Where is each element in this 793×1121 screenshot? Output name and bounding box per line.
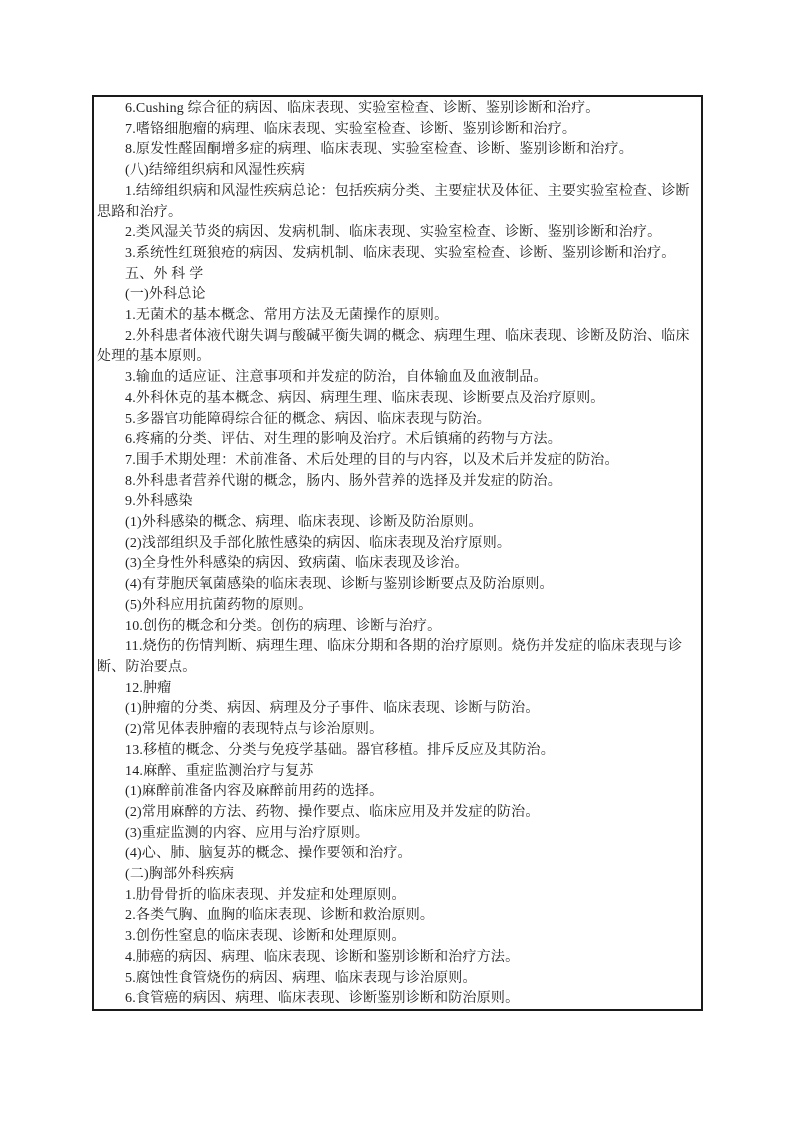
- syllabus-item: 3.创伤性窒息的临床表现、诊断和处理原则。: [97, 927, 697, 948]
- syllabus-item: 1.结缔组织病和风湿性疾病总论：包括疾病分类、主要症状及体征、主要实验室检查、诊…: [97, 182, 697, 223]
- syllabus-item: 12.肿瘤: [97, 679, 697, 700]
- syllabus-item: (1)麻醉前准备内容及麻醉前用药的选择。: [97, 782, 697, 803]
- syllabus-item: 8.外科患者营养代谢的概念，肠内、肠外营养的选择及并发症的防治。: [97, 472, 697, 493]
- syllabus-item: 4.外科休克的基本概念、病因、病理生理、临床表现、诊断要点及治疗原则。: [97, 389, 697, 410]
- syllabus-item: 5.腐蚀性食管烧伤的病因、病理、临床表现与诊治原则。: [97, 969, 697, 990]
- syllabus-item: 4.肺癌的病因、病理、临床表现、诊断和鉴别诊断和治疗方法。: [97, 948, 697, 969]
- section-heading-general-surgery: (一)外科总论: [97, 285, 697, 306]
- syllabus-item: 9.外科感染: [97, 492, 697, 513]
- syllabus-item: 6.Cushing 综合征的病因、临床表现、实验室检查、诊断、鉴别诊断和治疗。: [97, 99, 697, 120]
- syllabus-item: (4)有芽胞厌氧菌感染的临床表现、诊断与鉴别诊断要点及防治原则。: [97, 575, 697, 596]
- syllabus-item: 2.类风湿关节炎的病因、发病机制、临床表现、实验室检查、诊断、鉴别诊断和治疗。: [97, 223, 697, 244]
- section-heading-thoracic-surgery: (二)胸部外科疾病: [97, 865, 697, 886]
- syllabus-item: (1)肿瘤的分类、病因、病理及分子事件、临床表现、诊断与防治。: [97, 699, 697, 720]
- syllabus-item: 10.创伤的概念和分类。创伤的病理、诊断与治疗。: [97, 617, 697, 638]
- chapter-heading-surgery: 五、外 科 学: [97, 265, 697, 286]
- syllabus-item: (2)常见体表肿瘤的表现特点与诊治原则。: [97, 720, 697, 741]
- syllabus-item: (2)浅部组织及手部化脓性感染的病因、临床表现及治疗原则。: [97, 534, 697, 555]
- syllabus-item: 2.外科患者体液代谢失调与酸碱平衡失调的概念、病理生理、临床表现、诊断及防治、临…: [97, 327, 697, 368]
- syllabus-item: 8.原发性醛固酮增多症的病理、临床表现、实验室检查、诊断、鉴别诊断和治疗。: [97, 140, 697, 161]
- syllabus-item: (2)常用麻醉的方法、药物、操作要点、临床应用及并发症的防治。: [97, 803, 697, 824]
- syllabus-item: 6.疼痛的分类、评估、对生理的影响及治疗。术后镇痛的药物与方法。: [97, 430, 697, 451]
- syllabus-item: (4)心、肺、脑复苏的概念、操作要领和治疗。: [97, 844, 697, 865]
- syllabus-item: 7.嗜铬细胞瘤的病理、临床表现、实验室检查、诊断、鉴别诊断和治疗。: [97, 120, 697, 141]
- syllabus-item: 5.多器官功能障碍综合征的概念、病因、临床表现与防治。: [97, 410, 697, 431]
- syllabus-item: (5)外科应用抗菌药物的原则。: [97, 596, 697, 617]
- syllabus-item: 3.系统性红斑狼疮的病因、发病机制、临床表现、实验室检查、诊断、鉴别诊断和治疗。: [97, 244, 697, 265]
- syllabus-item: 6.食管癌的病因、病理、临床表现、诊断鉴别诊断和防治原则。: [97, 989, 697, 1010]
- syllabus-item: 3.输血的适应证、注意事项和并发症的防治，自体输血及血液制品。: [97, 368, 697, 389]
- syllabus-item: 1.无菌术的基本概念、常用方法及无菌操作的原则。: [97, 306, 697, 327]
- syllabus-item: 11.烧伤的伤情判断、病理生理、临床分期和各期的治疗原则。烧伤并发症的临床表现与…: [97, 637, 697, 678]
- syllabus-item: 7.围手术期处理：术前准备、术后处理的目的与内容，以及术后并发症的防治。: [97, 451, 697, 472]
- document-page: 6.Cushing 综合征的病因、临床表现、实验室检查、诊断、鉴别诊断和治疗。 …: [0, 0, 793, 1121]
- syllabus-item: 13.移植的概念、分类与免疫学基础。器官移植。排斥反应及其防治。: [97, 741, 697, 762]
- syllabus-item: (3)重症监测的内容、应用与治疗原则。: [97, 824, 697, 845]
- syllabus-item: (3)全身性外科感染的病因、致病菌、临床表现及诊治。: [97, 554, 697, 575]
- section-heading-connective-tissue: (八)结缔组织病和风湿性疾病: [97, 161, 697, 182]
- table-cell-frame: 6.Cushing 综合征的病因、临床表现、实验室检查、诊断、鉴别诊断和治疗。 …: [92, 95, 703, 1011]
- syllabus-item: (1)外科感染的概念、病理、临床表现、诊断及防治原则。: [97, 513, 697, 534]
- syllabus-item: 2.各类气胸、血胸的临床表现、诊断和救治原则。: [97, 906, 697, 927]
- syllabus-item: 14.麻醉、重症监测治疗与复苏: [97, 762, 697, 783]
- syllabus-item: 1.肋骨骨折的临床表现、并发症和处理原则。: [97, 886, 697, 907]
